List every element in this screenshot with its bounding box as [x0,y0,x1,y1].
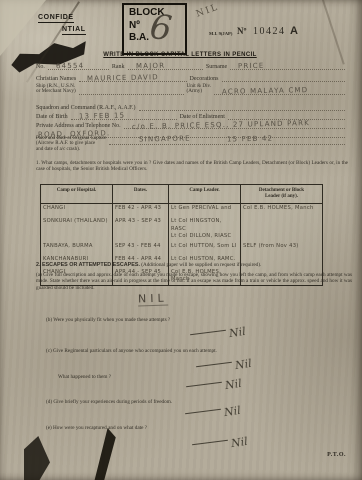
question-2c: (c) Give Regimental particulars of anyon… [46,348,316,354]
no-value: 64554 [56,62,84,70]
col-header-dates: Dates. [113,185,169,204]
ship-field [79,85,184,95]
question-1: 1. What camps, detachments or hospitals … [36,160,348,173]
question-2a: (a) Give full description and approx. da… [36,272,352,291]
rank-value: MAJOR [135,62,164,70]
decorations-label: Decorations [190,76,219,82]
section-2-note: (Additional paper will be supplied on re… [140,262,261,268]
serial-no-label: Nº [237,26,246,36]
question-2b: (b) Were you physically fit when you mad… [46,317,306,323]
capture-label: Place and Date of Original Capture (Airc… [36,136,106,152]
table-row: CHANGI [41,204,113,217]
pencil-dash [186,382,222,388]
surname-value: PRICE [238,62,265,70]
pencil-dash [196,362,232,368]
ship-label: Ship (R.N., U.S.N. or Merchant Navy) [36,84,76,95]
confidential-stamp-bottom: NTIAL [62,26,86,35]
pencil-dash [185,409,221,415]
please-turn-over: P.T.O. [327,452,346,458]
unit-div-field: ACRO MALAYA CMD [214,85,345,95]
christian-names-label: Christian Names [36,76,76,82]
question-2d: (d) Give briefly your experiences during… [46,399,306,405]
table-row: APR 43 - SEP 43 [113,217,169,242]
line-capture: Place and Date of Original Capture (Airc… [36,136,348,152]
no-field: 64554 [48,60,109,70]
answer-2a-nil: NIL [138,291,168,306]
answer-what-nil: Nil [224,377,242,392]
table-row: Lt Col HINGSTON, RASC Lt Col DILLON, RIA… [169,217,241,242]
section-2-heading: 2. ESCAPES OR ATTEMPTED ESCAPES. (Additi… [36,262,348,269]
pencil-dash [190,330,226,336]
paper-crease-top-right [321,0,345,65]
camps-table: Camp or Hospital. Dates. Camp Leader. De… [40,184,323,286]
rank-label: Rank [112,64,125,70]
paper-tear-bottom-left [86,428,134,480]
no-label: No. [36,64,45,70]
capture-field: SINGAPORE 15 FEB 42 [109,136,345,145]
table-row: TANBAYA, BURMA [41,242,113,255]
answer-2b: Nil [190,326,246,339]
series-letter: A [290,25,298,37]
nil-pencil-annotation: NIL [195,2,220,19]
table-row: SONKURAI (THAILAND) [41,217,113,242]
answer-2e: Nil [192,436,248,449]
confidential-stamp-top: CONFIDE [38,14,74,23]
form-reference: M.I. 9(JAP) [209,31,232,36]
answer-2d-nil: Nil [223,404,241,419]
section-2-title: 2. ESCAPES OR ATTEMPTED ESCAPES. [36,262,140,268]
answer-2c: Nil [196,358,252,371]
line-ship-unit: Ship (R.N., U.S.N. or Merchant Navy) Uni… [36,84,348,95]
line-no-rank-surname: No. 64554 Rank MAJOR Surname PRICE [36,60,348,70]
capture-place-value: SINGAPORE [139,135,191,143]
capture-date-value: 15 FEB 42 [227,136,273,144]
answer-2c-nil: Nil [234,357,252,372]
surname-field: PRICE [230,60,345,70]
col-header-detachment: Detachment or Block Leader (if any). [241,185,322,204]
pencil-dash [192,440,228,446]
table-row [241,217,322,242]
serial-no-value: 10424 [253,26,286,37]
block-capitals-instruction: WRITE IN BLOCK CAPITAL LETTERS IN PENCIL [60,52,300,58]
surname-label: Surname [206,64,227,70]
col-header-leader: Camp Leader. [169,185,241,204]
table-row: FEB 42 - APR 43 [113,204,169,217]
table-row: Lt Col HUTTON, Som LI [169,242,241,255]
table-row: SELF (from Nov 43) [241,242,322,255]
answer-2d: Nil [185,405,241,418]
christian-names-field: MAURICE DAVID [79,72,186,82]
unit-div-value: ACRO MALAYA CMD [222,87,308,96]
pow-questionnaire-scan: CONFIDE NTIAL BLOCK Nº B.A. 6 NIL M.I. 9… [0,0,362,480]
col-header-camp: Camp or Hospital. [41,185,113,204]
question-2e: (e) How were you recaptured and on what … [46,425,306,431]
paper-corner-flap [0,0,46,56]
table-row: Col E.B. HOLMES, Manch [241,204,322,217]
answer-2e-nil: Nil [230,435,248,450]
answer-what-happened: Nil [186,378,242,391]
table-row: Lt Gen PERCIVAL and [169,204,241,217]
answer-2b-nil: Nil [228,325,246,340]
christian-names-value: MAURICE DAVID [87,74,159,83]
rank-field: MAJOR [128,60,203,70]
paper-tear-bottom-corner [24,436,50,480]
table-row: SEP 43 - FEB 44 [113,242,169,255]
unit-div-label: Unit & Div. (Army) [187,84,212,95]
decorations-field [222,72,345,82]
line-christian-decorations: Christian Names MAURICE DAVID Decoration… [36,72,348,82]
